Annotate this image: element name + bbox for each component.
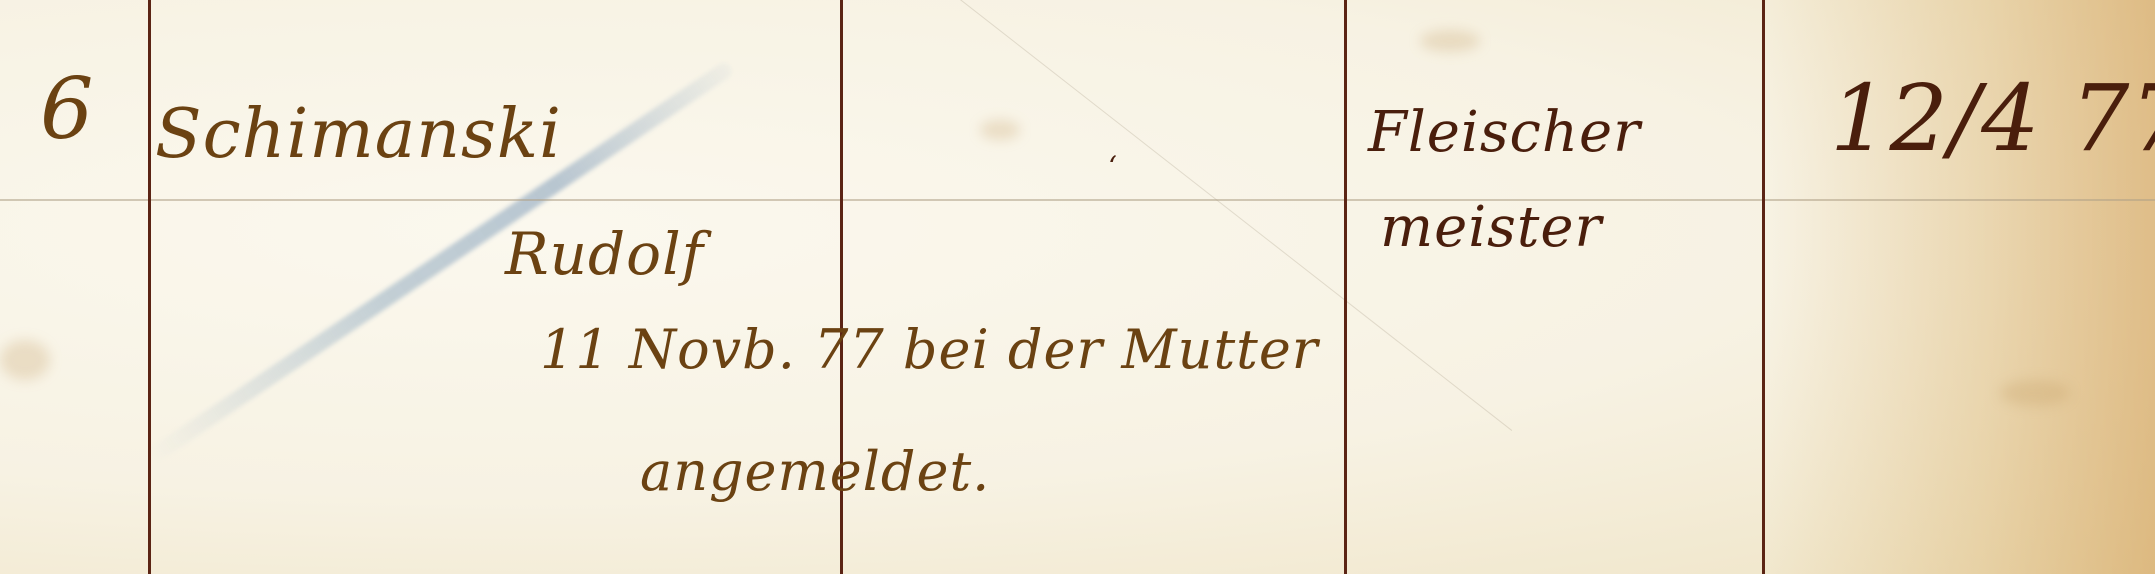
given-name: Rudolf (505, 220, 704, 288)
column-rule-1 (148, 0, 151, 574)
paper-stain (980, 120, 1020, 140)
annotation-line-1: 11 Novb. 77 bei der Mutter (540, 318, 1319, 381)
occupation-line-2: meister (1380, 195, 1602, 260)
occupation-line-1: Fleischer (1368, 100, 1641, 165)
entry-number: 6 (40, 60, 94, 158)
register-page: 6 Schimanski Rudolf 11 Novb. 77 bei der … (0, 0, 2155, 574)
ditto-mark: ‘ (1108, 150, 1118, 183)
annotation-line-2: angemeldet. (640, 440, 990, 503)
horizontal-ruling (0, 199, 2155, 201)
entry-date: 12/4 77. (1830, 65, 2155, 172)
paper-stain (1420, 30, 1480, 52)
surname: Schimanski (155, 95, 562, 174)
paper-stain (2000, 380, 2070, 406)
column-rule-4 (1762, 0, 1765, 574)
column-rule-3 (1344, 0, 1347, 574)
paper-stain (0, 340, 50, 380)
